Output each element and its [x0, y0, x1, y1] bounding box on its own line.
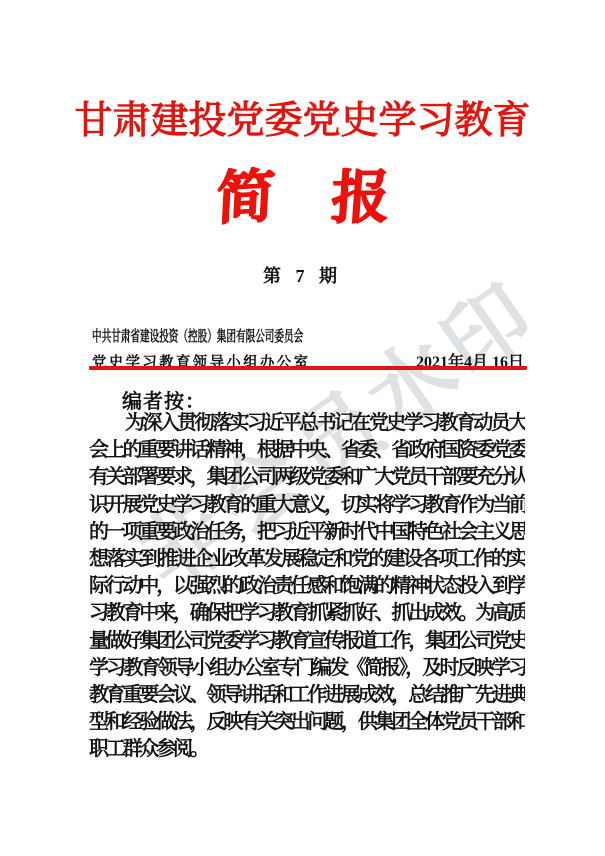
- masthead-title: 甘肃建投党委党史学习教育: [0, 100, 605, 142]
- body-line: 量做好集团公司党委学习教育宣传报道工作，集团公司党史: [89, 628, 525, 655]
- editor-note-paragraph: 为深入贯彻落实习近平总书记在党史学习教育动员大 会上的重要讲话精神，根据中央、省…: [89, 410, 525, 763]
- bulletin-title-char-bao: 报: [328, 165, 391, 230]
- red-divider-rule: [89, 366, 527, 370]
- issuing-org-line1: 中共甘肃省建设投资（控股）集团有限公司委员会: [92, 327, 368, 347]
- body-line: 识开展党史学习教育的重大意义，切实将学习教育作为当前: [89, 492, 525, 519]
- body-line: 的一项重要政治任务，把习近平新时代中国特色社会主义思: [89, 519, 525, 546]
- body-line: 教育重要会议、领导讲话和工作进展成效，总结推广先进典: [89, 682, 525, 709]
- body-line: 型和经验做法，反映有关突出问题，供集团全体党员干部和: [89, 709, 525, 736]
- body-line: 有关部署要求，集团公司两级党委和广大党员干部要充分认: [89, 464, 525, 491]
- body-line: 为深入贯彻落实习近平总书记在党史学习教育动员大: [89, 410, 525, 437]
- body-line: 职工群众参阅。: [89, 736, 525, 763]
- bulletin-title-char-jian: 简: [215, 165, 277, 232]
- issue-number: 第 7 期: [0, 262, 605, 288]
- body-line: 会上的重要讲话精神，根据中央、省委、省政府国资委党委: [89, 437, 525, 464]
- body-line: 想落实到推进企业改革发展稳定和党的建设各项工作的实: [89, 546, 525, 573]
- body-line: 学习教育领导小组办公室专门编发《简报》，及时反映学习: [89, 655, 525, 682]
- bulletin-title: 简 报: [0, 166, 605, 230]
- document-page: 非会员水印 甘肃建投党委党史学习教育 简 报 第 7 期 中共甘肃省建设投资（控…: [0, 0, 605, 856]
- body-line: 习教育中来，确保把学习教育抓紧抓好、抓出成效。为高质: [89, 600, 525, 627]
- body-line: 际行动中，以强烈的政治责任感和饱满的精神状态投入到学: [89, 573, 525, 600]
